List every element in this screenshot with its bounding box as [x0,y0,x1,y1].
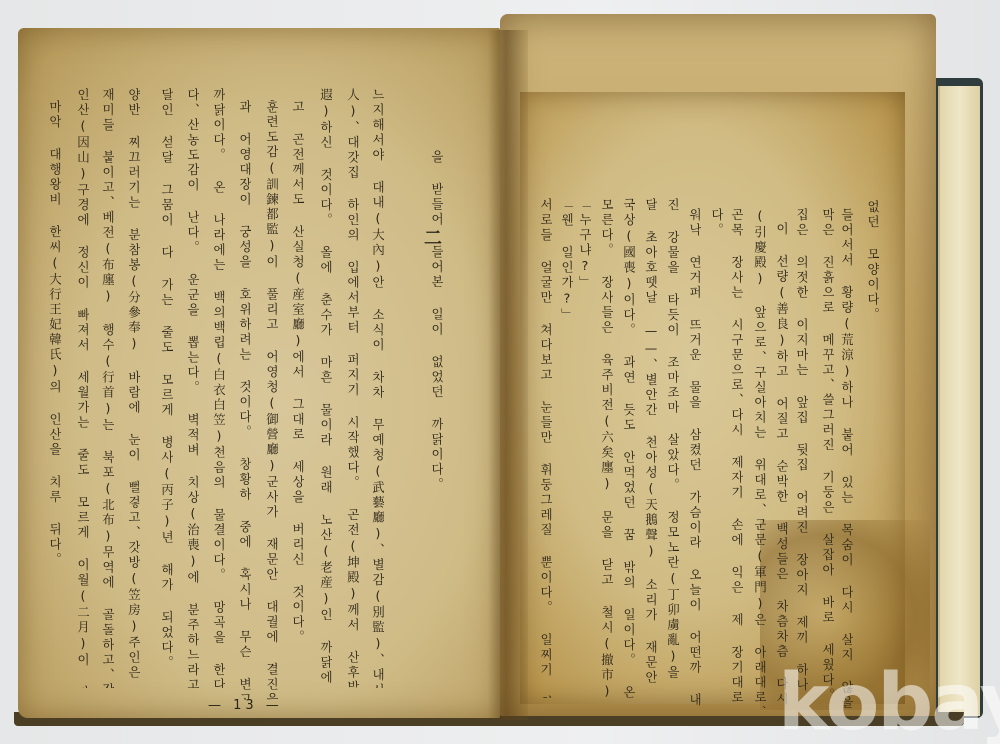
right-text-column: 워낙 연거퍼 뜨거운 물을 삼켰던 가슴이라 오늘이 어떤까 내일이 어떤까 조… [688,208,701,708]
left-page [18,28,500,718]
left-text-column: 마악 대행왕비 한씨(大行王妃韓氏)의 인산을 치루 뒤다。 [48,100,61,568]
book-endpaper-edge [938,86,980,716]
right-text-column: 다。 [710,208,723,238]
left-text-column: 다、산농도감이 난다。 운군을 뽑는다。 벽적벼 치상(治喪)에 분주하느라고 … [186,88,199,688]
left-text-column: 양반 찌끄러기는 분참봉(分參奉) 바람에 눈이 뻘겋고、갓방(笠房)주인은 백… [127,88,140,688]
right-text-column: (引慶殿) 앞으로、구실아치는 위대로、군문(軍門)은 아래대로、갓바치는 동소… [753,208,766,708]
section-number: 二 [418,228,444,246]
right-text-column: 진 강물을 타듯이 조마조마 살았다。 정모노란(丁卯虜亂)을 겪은지 아홉해째… [666,198,679,698]
left-text-column: 인산(因山)구경에 정신이 빠져서 세월가는 줄도 모르게 이월(二月)이 다닥… [76,88,89,688]
right-text-column: 막은 진흙으로 메꾸고、쓸그러진 기둥은 살잡아 바로 세웠다。 집집마다 두셋… [821,208,834,708]
book-gutter [488,30,528,720]
right-text-column: 모른다。 장사들은 육주비전(六矣廛) 문을 닫고 철시(撤市)를 시작했다。 [600,198,613,698]
right-text-column: 국상(國喪)이다。 과연 듯도 안먹었던 꿈 밖의 일이다。 온 장안은 술렁술… [622,198,635,698]
left-text-column: 까닭이다。 온 나라에는 백의백립(白衣白笠)천음의 물결이다。 망곡을 한다。… [212,88,225,688]
right-text-column: 「웬 일인가?」 [560,198,573,323]
right-text-column: 달 초아호뗏날 ——、별안간 천아성(天鵝聲) 소리가 재문안 대궐에서 구슬피… [644,198,657,698]
left-text-column: 훈련도감(訓鍊都監)이 풀리고 어영청(御營廳)군사가 재문안 대궐에 결진을 … [265,100,278,700]
page-number: — 13 — [208,698,283,713]
left-text-column: 을 받들어 들어본 일이 없었던 까닭이다。 [430,150,443,493]
left-text-column: 느지해서야 대내(大內)안 소식이 차차 무예청(武藝廳)、별감(別監)、내시(… [371,88,384,688]
kobay-watermark: kobay [778,664,1000,742]
left-text-column: 재미들 붙이고、베전(布廛) 행수(行首)는 북포(北布)무역에 골돌하고、장안… [101,88,114,688]
left-text-column: 遐)하신 것이다。 올에 춘수가 마흔 물이라 원래 노산(老産)인 까닭에 애… [319,88,332,688]
left-text-column: 달인 섣달 그뭄이 다 가는 줄도 모르게 병사(丙子)년 해가 되었다。 [160,88,173,671]
left-text-column: 人)、대갓집 하인의 입에서부터 퍼지기 시작했다。 곤전(坤殿)께서 산후발로… [346,88,359,688]
right-text-column: 들어서서 황량(荒涼)하나 붙어 있는 목숨이 다시 살지 않을 수도 없는 일… [840,208,853,708]
right-text-column: 「누구냐?」 [578,198,591,291]
right-text-column: 집은 의젓한 이지마는 앞집 뒷집 어려진 장아지 제끼 하나 보이지 않는 집… [795,208,808,708]
right-text-column: 곤목 장사는 시구문으로、다시 제자기 손에 익은 제 장기대로 식구를 안돈하… [730,208,743,708]
left-text-column: 고 곤전께서도 산실청(産室廳)에서 그대로 세상을 버리신 것이다。 [291,100,304,645]
right-text-column: 서로들 얼굴만 쳐다보고 눈들만 휘둥그레질 뿐이다。 일찌기 위에서 미령하옵… [539,198,552,698]
left-text-column: 과 어영대장이 궁성을 호위하려는 것이다。 창황하 중에 혹시나 무슨 변고가… [238,100,251,700]
right-text-column: 이 선량(善良)하고 어질고 순박한 백성들은 차츰차츰 다시 살림을 차렸다。… [775,222,788,722]
right-text-column: 없던 모양이다。 [866,200,879,323]
